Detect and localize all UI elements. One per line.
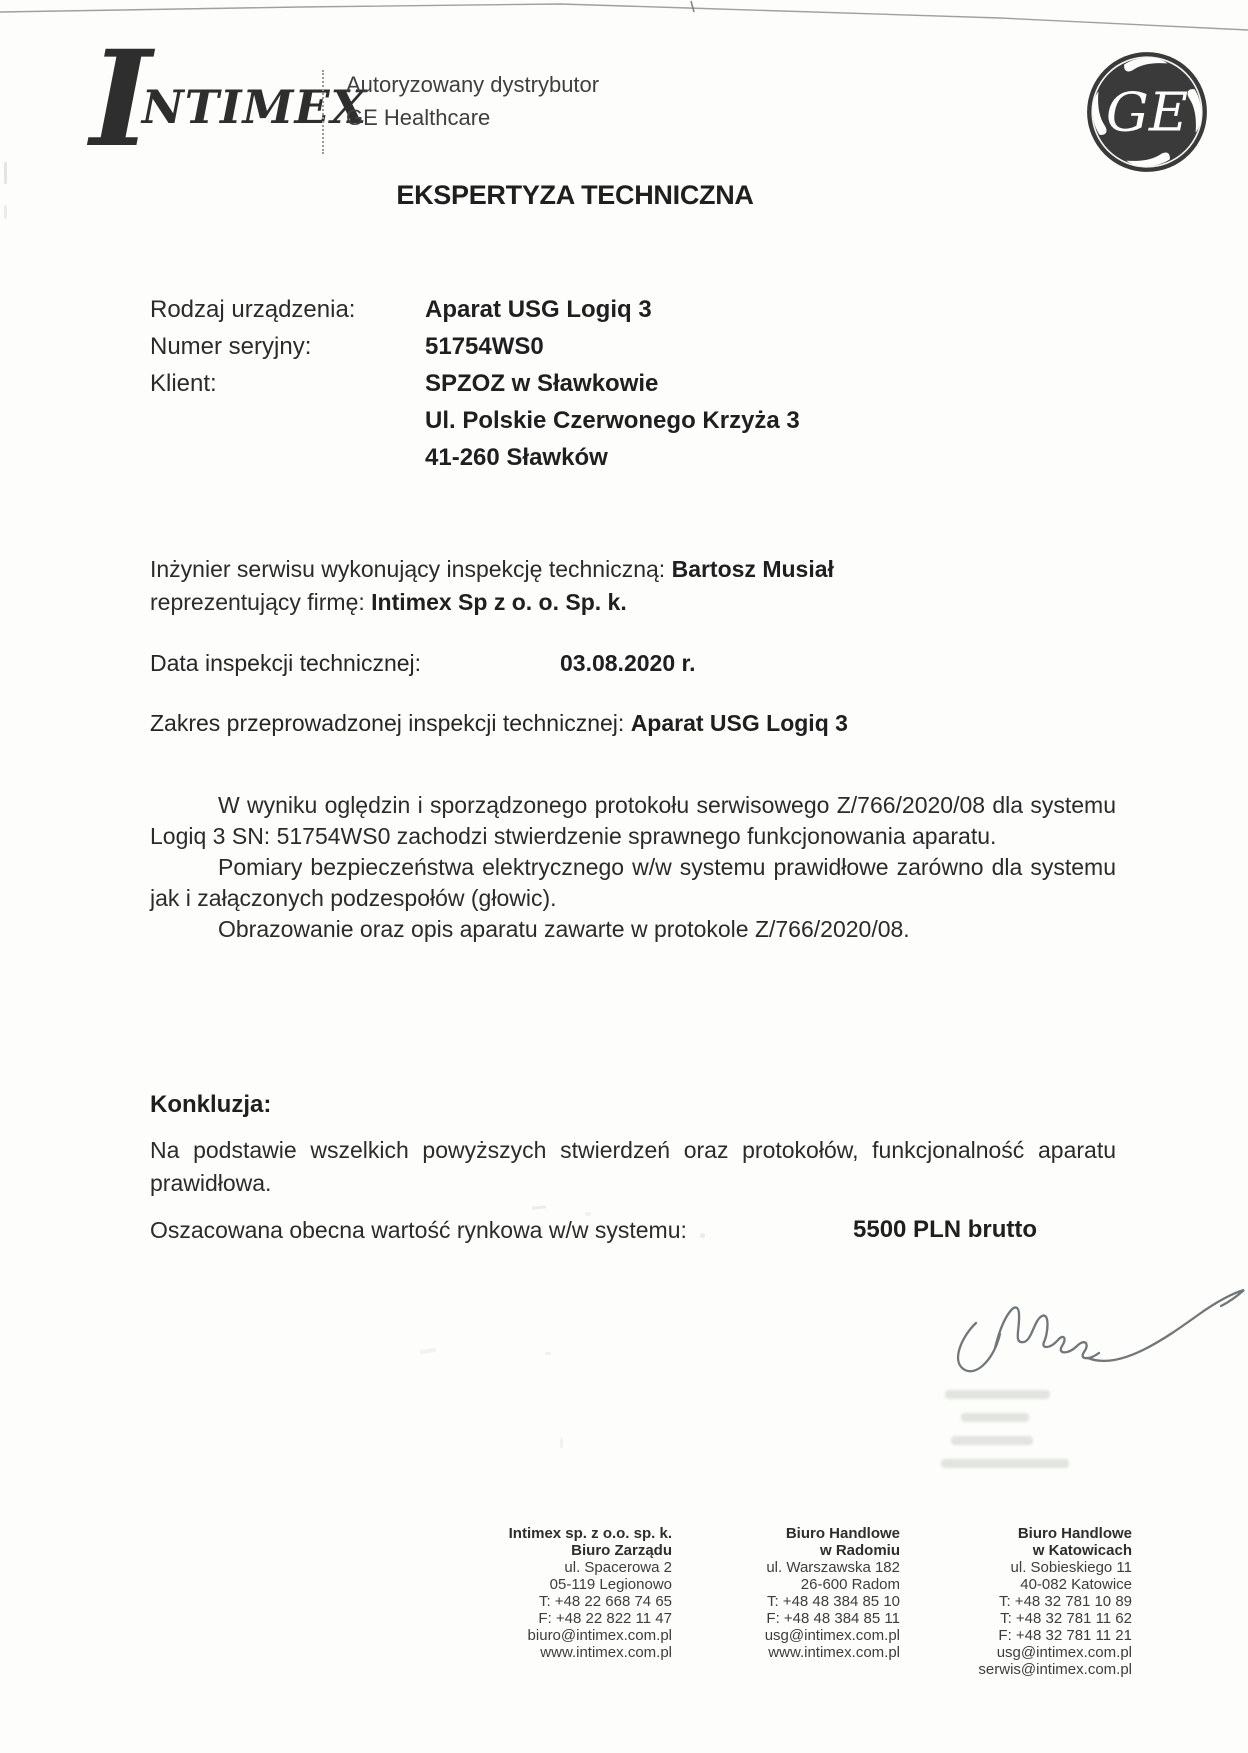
engineer-line2: reprezentujący firmę: Intimex Sp z o. o.… [150,586,834,619]
footer-katowice-phone2: T: +48 32 781 11 62 [930,1610,1132,1627]
client-city-row: 41-260 Sławków [150,444,800,481]
page-title: EKSPERTYZA TECHNICZNA [0,180,1150,211]
footer-radom-city: 26-600 Radom [700,1576,900,1593]
footer-hq-street: ul. Spacerowa 2 [430,1559,672,1576]
body-paragraph-1: W wyniku oględzin i sporządzonego protok… [150,790,1116,852]
body-paragraph-2: Pomiary bezpieczeństwa elektrycznego w/w… [150,852,1116,914]
footer-katowice-street: ul. Sobieskiego 11 [930,1559,1132,1576]
footer-katowice-city: 40-082 Katowice [930,1576,1132,1593]
scanned-document-page: I NTIMEX Autoryzowany dystrybutor GE Hea… [0,0,1248,1753]
engineer-line1: Inżynier serwisu wykonujący inspekcję te… [150,553,834,586]
client-row: Klient:SPZOZ w Sławkowie [150,370,800,407]
footer-office-katowice: Biuro Handlowe w Katowicach ul. Sobieski… [930,1525,1132,1678]
distributor-line2: GE Healthcare [346,101,599,134]
inspection-date-row: Data inspekcji technicznej:03.08.2020 r. [150,650,696,677]
signature-mark [938,1278,1248,1393]
engineer-block: Inżynier serwisu wykonujący inspekcję te… [150,553,834,619]
client-street-row: Ul. Polskie Czerwonego Krzyża 3 [150,407,800,444]
client-city-value: 41-260 Sławków [425,444,608,471]
scan-speck [560,1438,563,1448]
footer-hq-fax: F: +48 22 822 11 47 [430,1610,672,1627]
conclusion-text: Na podstawie wszelkich powyższych stwier… [150,1134,1116,1200]
serial-number-row: Numer seryjny:51754WS0 [150,333,800,370]
serial-number-value: 51754WS0 [425,333,544,360]
scan-speck [545,1352,551,1355]
footer-hq-website: www.intimex.com.pl [430,1644,672,1661]
scan-speck [700,1233,705,1238]
engineer-line2-label: reprezentujący firmę: [150,589,371,615]
market-value-amount: 5500 PLN brutto [853,1216,1037,1244]
footer-katowice-phone1: T: +48 32 781 10 89 [930,1593,1132,1610]
ge-logo-icon: GE [1085,50,1209,174]
device-type-value: Aparat USG Logiq 3 [425,296,652,323]
inspection-date-value: 03.08.2020 r. [560,650,696,676]
footer-hq-phone: T: +48 22 668 74 65 [430,1593,672,1610]
device-info: Rodzaj urządzenia:Aparat USG Logiq 3 Num… [150,296,800,481]
engineer-line1-label: Inżynier serwisu wykonujący inspekcję te… [150,556,672,582]
scan-speck [420,1348,436,1354]
footer-radom-street: ul. Warszawska 182 [700,1559,900,1576]
footer-radom-fax: F: +48 48 384 85 11 [700,1610,900,1627]
inspection-scope-value: Aparat USG Logiq 3 [631,710,848,736]
client-label: Klient: [150,370,425,398]
footer-katowice-email1: usg@intimex.com.pl [930,1644,1132,1661]
footer-office-hq: Intimex sp. z o.o. sp. k. Biuro Zarządu … [430,1525,672,1661]
engineer-company: Intimex Sp z o. o. Sp. k. [371,589,627,615]
footer-hq-email: biuro@intimex.com.pl [430,1627,672,1644]
footer-hq-office: Biuro Zarządu [430,1542,672,1559]
inspection-date-label: Data inspekcji technicznej: [150,650,560,677]
footer-katowice-title: Biuro Handlowe [930,1525,1132,1542]
footer-hq-city: 05-119 Legionowo [430,1576,672,1593]
footer-office-radom: Biuro Handlowe w Radomiu ul. Warszawska … [700,1525,900,1661]
client-name-value: SPZOZ w Sławkowie [425,370,658,397]
inspection-scope-label: Zakres przeprowadzonej inspekcji technic… [150,710,631,736]
inspection-scope-row: Zakres przeprowadzonej inspekcji technic… [150,710,848,737]
serial-number-label: Numer seryjny: [150,333,425,361]
device-type-label: Rodzaj urządzenia: [150,296,425,324]
client-street-value: Ul. Polskie Czerwonego Krzyża 3 [425,407,800,434]
footer-radom-email: usg@intimex.com.pl [700,1627,900,1644]
ge-monogram-text: GE [1106,81,1188,144]
market-value-label: Oszacowana obecna wartość rynkowa w/w sy… [150,1217,687,1244]
footer-radom-city-title: w Radomiu [700,1542,900,1559]
footer-katowice-fax: F: +48 32 781 11 21 [930,1627,1132,1644]
footer-radom-title: Biuro Handlowe [700,1525,900,1542]
footer-katowice-email2: serwis@intimex.com.pl [930,1661,1132,1678]
distributor-line1: Autoryzowany dystrybutor [346,68,599,101]
intimex-logo-initial: I [90,34,148,166]
engineer-name: Bartosz Musiał [672,556,834,582]
scan-speck [532,1205,546,1209]
intimex-logo: I NTIMEX [90,34,367,166]
footer-radom-phone: T: +48 48 384 85 10 [700,1593,900,1610]
stamp-remnant [945,1390,1075,1482]
footer-hq-company: Intimex sp. z o.o. sp. k. [430,1525,672,1542]
device-type-row: Rodzaj urządzenia:Aparat USG Logiq 3 [150,296,800,333]
conclusion-heading: Konkluzja: [150,1091,271,1119]
footer-radom-website: www.intimex.com.pl [700,1644,900,1661]
header-divider [322,70,324,154]
intimex-logo-wordmark: NTIMEX [142,80,367,134]
footer-katowice-city-title: w Katowicach [930,1542,1132,1559]
report-body: W wyniku oględzin i sporządzonego protok… [150,790,1116,945]
scan-speck [466,1224,470,1228]
scan-speck [585,1212,591,1216]
distributor-text: Autoryzowany dystrybutor GE Healthcare [346,68,599,134]
body-paragraph-3: Obrazowanie oraz opis aparatu zawarte w … [150,914,1116,945]
